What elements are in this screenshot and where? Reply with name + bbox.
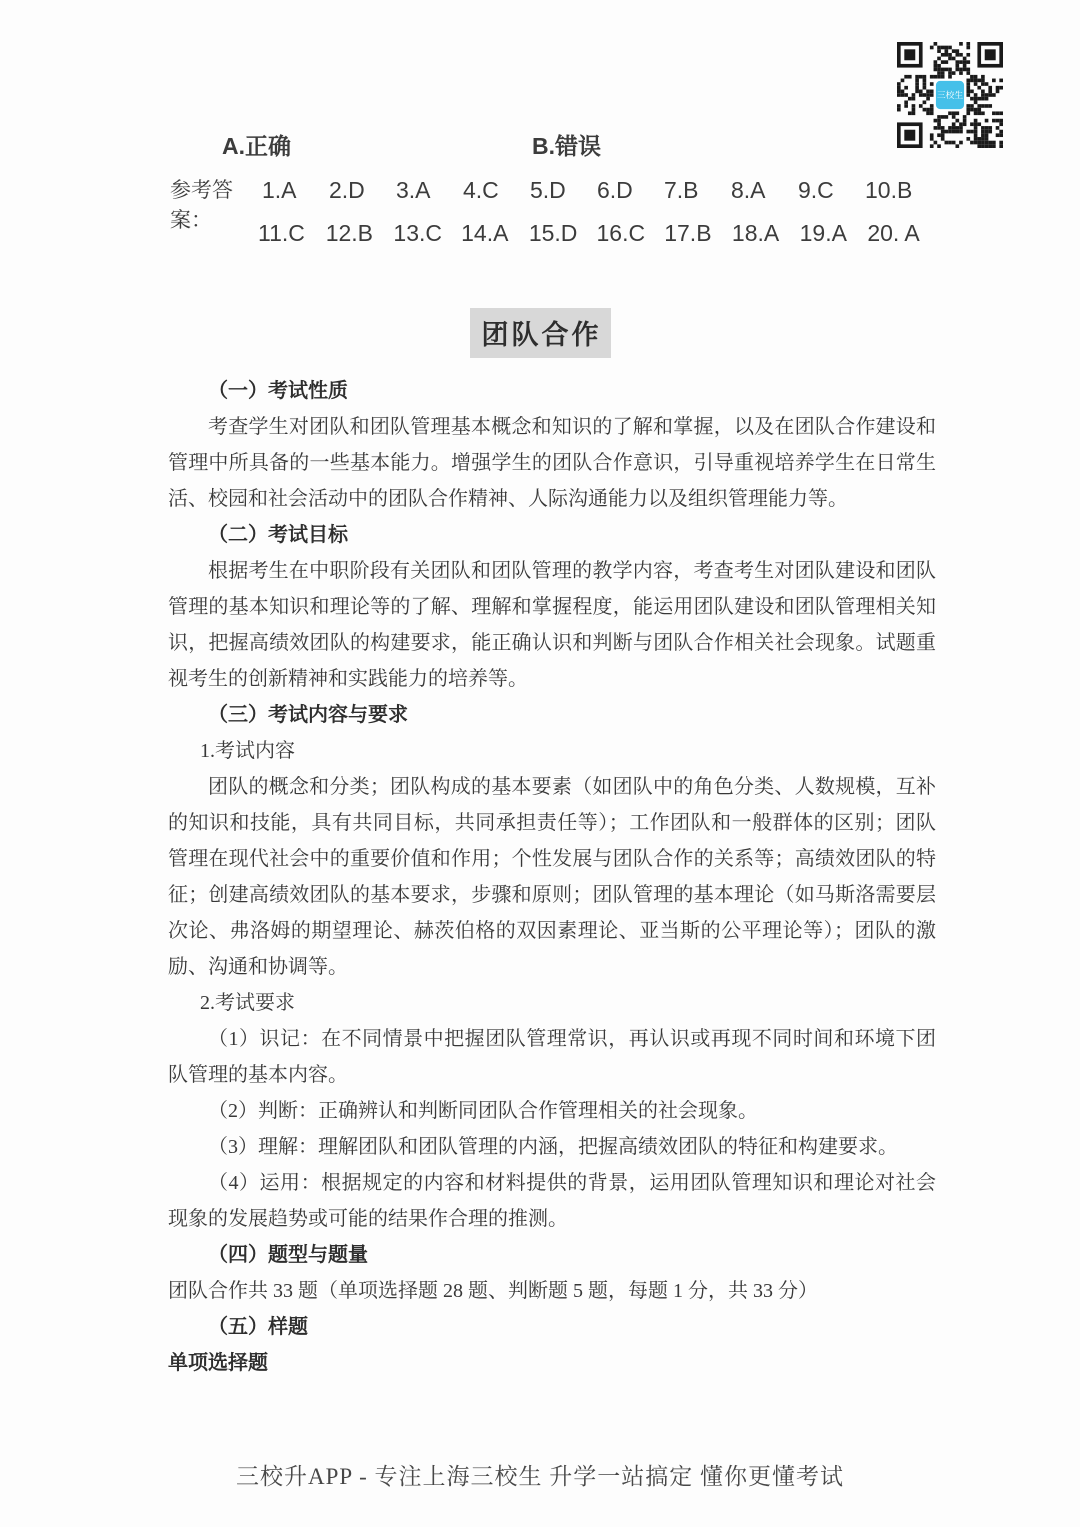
document-page: 三校生 A.正确 B.错误 参考答案： 1.A 2.D 3.A 4.C 5.D … bbox=[0, 0, 1080, 1527]
single-choice-heading: 单项选择题 bbox=[168, 1345, 936, 1381]
document-body: （一）考试性质 考查学生对团队和团队管理基本概念和知识的了解和掌握，以及在团队合… bbox=[168, 373, 936, 1381]
answer-item: 16.C bbox=[597, 218, 665, 248]
answer-item: 12.B bbox=[326, 218, 394, 248]
subsection-heading-requirements: 2.考试要求 bbox=[168, 985, 936, 1021]
qr-code-icon: 三校生 bbox=[897, 42, 1003, 148]
section-heading-2: （二）考试目标 bbox=[168, 517, 936, 553]
answer-row-2: 11.C 12.B 13.C 14.A 15.D 16.C 17.B 18.A … bbox=[170, 218, 935, 248]
section-1-paragraph: 考查学生对团队和团队管理基本概念和知识的了解和掌握，以及在团队合作建设和管理中所… bbox=[168, 409, 936, 517]
footer-app-banner: 三校升APP - 专注上海三校生 升学一站搞定 懂你更懂考试 bbox=[0, 1458, 1080, 1491]
requirement-item-2: （2）判断：正确辨认和判断同团队合作管理相关的社会现象。 bbox=[168, 1093, 936, 1129]
requirement-item-1: （1）识记：在不同情景中把握团队管理常识，再认识或再现不同时间和环境下团队管理的… bbox=[168, 1021, 936, 1093]
answer-key-label: 参考答案： bbox=[170, 175, 262, 205]
section-heading-3: （三）考试内容与要求 bbox=[168, 697, 936, 733]
requirement-item-3: （3）理解：理解团队和团队管理的内涵，把握高绩效团队的特征和构建要求。 bbox=[168, 1129, 936, 1165]
section-heading-5: （五）样题 bbox=[168, 1309, 936, 1345]
answer-item: 15.D bbox=[529, 218, 597, 248]
answer-item: 2.D bbox=[329, 175, 396, 205]
section-2-paragraph: 根据考生在中职阶段有关团队和团队管理的教学内容，考查考生对团队建设和团队管理的基… bbox=[168, 553, 936, 697]
option-b: B.错误 bbox=[532, 131, 601, 161]
section-heading-4: （四）题型与题量 bbox=[168, 1237, 936, 1273]
answer-item: 17.B bbox=[664, 218, 732, 248]
question-count-line: 团队合作共 33 题（单项选择题 28 题、判断题 5 题，每题 1 分，共 3… bbox=[168, 1273, 936, 1309]
answer-item: 1.A bbox=[262, 175, 329, 205]
answer-item: 9.C bbox=[798, 175, 865, 205]
exam-content-paragraph: 团队的概念和分类；团队构成的基本要素（如团队中的角色分类、人数规模，互补的知识和… bbox=[168, 769, 936, 985]
qr-code: 三校生 bbox=[897, 42, 1003, 148]
answer-item: 4.C bbox=[463, 175, 530, 205]
answer-item: 14.A bbox=[461, 218, 529, 248]
answer-item: 6.D bbox=[597, 175, 664, 205]
option-a: A.正确 bbox=[222, 131, 291, 161]
answer-item: 5.D bbox=[530, 175, 597, 205]
qr-app-label: 三校生 bbox=[937, 89, 964, 100]
answer-item: 7.B bbox=[664, 175, 731, 205]
answer-item: 8.A bbox=[731, 175, 798, 205]
page-title: 团队合作 bbox=[470, 308, 611, 358]
section-heading-1: （一）考试性质 bbox=[168, 373, 936, 409]
answer-row-1: 参考答案： 1.A 2.D 3.A 4.C 5.D 6.D 7.B 8.A 9.… bbox=[170, 175, 935, 205]
answer-item: 3.A bbox=[396, 175, 463, 205]
answer-item: 18.A bbox=[732, 218, 800, 248]
options-row: A.正确 B.错误 bbox=[170, 131, 935, 161]
answer-item: 19.A bbox=[800, 218, 868, 248]
subsection-heading-content: 1.考试内容 bbox=[168, 733, 936, 769]
answer-item: 10.B bbox=[865, 175, 932, 205]
answer-item: 20. A bbox=[867, 218, 935, 248]
requirement-item-4: （4）运用：根据规定的内容和材料提供的背景，运用团队管理知识和理论对社会现象的发… bbox=[168, 1165, 936, 1237]
answer-item: 11.C bbox=[258, 218, 326, 248]
title-row: 团队合作 bbox=[0, 308, 1080, 358]
answer-item: 13.C bbox=[393, 218, 461, 248]
